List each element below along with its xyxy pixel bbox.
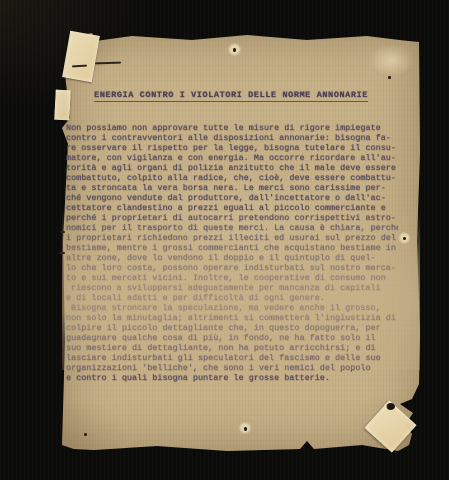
pinhole-right (403, 237, 406, 240)
typed-line: torità e agli organi di polizia anzitutt… (66, 163, 398, 173)
typed-line: nomici per il trasporto di queste merci.… (66, 223, 398, 233)
typed-line: e di locali adatti e per difficoltà di o… (66, 293, 398, 303)
typed-line: e contro i quali bisogna puntare le gros… (66, 373, 398, 383)
speck-bottom-left (84, 433, 87, 436)
pinhole-top-center (233, 48, 236, 52)
typed-line: lo che loro costa, possono operare indis… (66, 263, 398, 273)
typed-line: ta e stroncata la vera borsa nera. Le me… (66, 183, 398, 193)
typed-line: colpire il piccolo dettagliante che, in … (66, 323, 398, 333)
typed-line: altre zone, dove lo vendono il doppio e … (66, 253, 398, 263)
margin-mark-1 (60, 231, 65, 233)
typed-line: lasciare indisturbati gli speculatori de… (66, 353, 398, 363)
typed-line: i proprietari richiedono prezzi illeciti… (66, 233, 398, 243)
margin-mark-2 (59, 252, 65, 254)
typed-text: ENERGIA CONTRO I VIOLATORI DELLE NORME A… (66, 70, 398, 403)
pinhole-bottom-center (244, 427, 247, 431)
typed-line: re osservare il rispetto per la legge, b… (66, 143, 398, 153)
typed-line: Bisogna stroncare la speculazione, ma ve… (66, 303, 398, 313)
typed-line: non solo la minutaglia; altrimenti si co… (66, 313, 398, 323)
typed-line: organizzazioni 'belliche', che sono i ve… (66, 363, 398, 373)
torn-hole-bottom-right (386, 403, 395, 410)
tape-left-edge (54, 90, 71, 121)
typed-line: to e sui mercati vicini. Inoltre, le coo… (66, 273, 398, 283)
typed-lines: Non possiamo non approvare tutte le misu… (66, 123, 398, 383)
typed-line: riescono a svilupparsi adeguatamente per… (66, 283, 398, 293)
speck-top-right (388, 76, 391, 79)
typed-line: suo mestiere di dettagliante, non ha pot… (66, 343, 398, 353)
typed-line: perché i proprietari di autocarri preten… (66, 213, 398, 223)
typed-line: Non possiamo non approvare tutte le misu… (66, 123, 398, 133)
document-title: ENERGIA CONTRO I VIOLATORI DELLE NORME A… (94, 90, 368, 102)
photo-background: ENERGIA CONTRO I VIOLATORI DELLE NORME A… (0, 0, 449, 480)
typed-line: bestiame, mentre i grossi commercianti c… (66, 243, 398, 253)
typed-line: combattuto, colpito alla radice, che, ci… (66, 173, 398, 183)
typed-line: ché vengono vendute dal produttore, dall… (66, 193, 398, 203)
typed-line: guadagnare qualche cosa di più, in fondo… (66, 333, 398, 343)
typed-line: matore, con vigilanza e con energia. Ma … (66, 153, 398, 163)
typed-line: contro i contravventori alle disposizion… (66, 133, 398, 143)
typed-line: cettatore clandestino a prezzi eguali al… (66, 203, 398, 213)
